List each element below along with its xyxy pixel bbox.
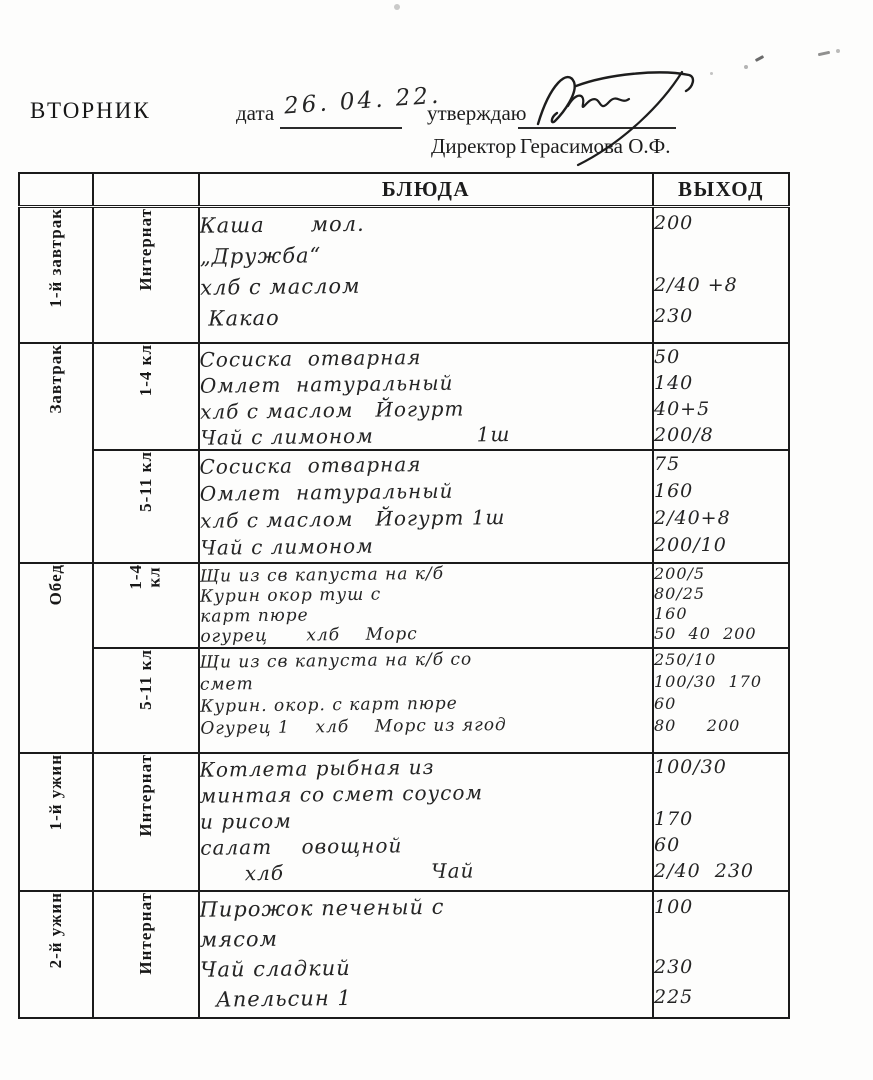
dishes-cell: Сосиска отварная Омлет натуральный хлб с… (199, 450, 653, 563)
dishes-cell: Пирожок печеный с мясом Чай сладкий Апел… (199, 891, 653, 1018)
meal-cell-first-breakfast: 1-й завтрак (19, 206, 93, 343)
dish-line: хлб Чай (200, 855, 652, 887)
output-cell: 75 160 2/40+8 200/10 (653, 450, 789, 563)
menu-table: БЛЮДА ВЫХОД 1-й завтрак Интернат Каша мо… (18, 172, 790, 1019)
group-cell: 1-4 кл (93, 563, 199, 648)
group-label: Интернат (137, 892, 156, 975)
output-cell: 50 140 40+5 200/8 (653, 343, 789, 450)
weekday-title: ВТОРНИК (30, 98, 151, 124)
output-value: 2/40 230 (654, 858, 788, 884)
meal-cell-breakfast: Завтрак (19, 343, 93, 563)
output-value: 100/30 (654, 754, 788, 780)
group-cell: 5-11 кл (93, 450, 199, 563)
output-value: 100 (654, 892, 788, 922)
output-value: 140 (654, 370, 788, 396)
date-label: дата (236, 101, 274, 126)
dishes-cell: Каша мол. „Дружба“ хлб с маслом Какао (199, 206, 653, 343)
meal-cell-lunch: Обед (19, 563, 93, 753)
output-value: 100/30 170 (654, 671, 788, 693)
output-cell: 100 230 225 (653, 891, 789, 1018)
group-cell: Интернат (93, 891, 199, 1018)
output-value: 170 (654, 806, 788, 832)
output-value: 2/40 +8 (654, 270, 788, 301)
corner-cell-group (93, 173, 199, 206)
group-cell: 1-4 кл (93, 343, 199, 450)
group-label: 5-11 кл (137, 451, 156, 512)
output-value: 230 (654, 952, 788, 982)
output-value: 40+5 (654, 396, 788, 422)
output-cell: 200/5 80/25 160 50 40 200 (653, 563, 789, 648)
dish-line: Каша мол. (199, 206, 651, 241)
output-value: 75 (654, 451, 788, 478)
group-cell: Интернат (93, 753, 199, 891)
output-value: 200/5 (654, 564, 788, 584)
meal-label: Завтрак (47, 344, 66, 414)
dish-line: Огурец 1 хлб Морс из ягод (200, 712, 652, 740)
dishes-cell: Сосиска отварная Омлет натуральный хлб с… (199, 343, 653, 450)
output-value: 225 (654, 982, 788, 1012)
dish-line: Чай с лимоном (200, 529, 652, 562)
meal-label: 2-й ужин (47, 892, 66, 968)
output-value: 60 (654, 693, 788, 715)
dish-line: „Дружба“ (200, 236, 652, 273)
output-cell: 250/10 100/30 170 60 80 200 (653, 648, 789, 753)
scan-speck (744, 65, 748, 69)
scan-speck (755, 55, 764, 62)
dishes-cell: Котлета рыбная из минтая со смет соусом … (199, 753, 653, 891)
output-value: 230 (654, 301, 788, 332)
director-label: Директор (431, 134, 516, 159)
group-cell: 5-11 кл (93, 648, 199, 753)
meal-label: 1-й завтрак (47, 208, 66, 308)
output-value: 80/25 (654, 584, 788, 604)
scanned-menu-sheet: ВТОРНИК дата 26. 04. 22. утверждаю Дирек… (0, 0, 873, 1080)
output-value: 2/40+8 (654, 505, 788, 532)
date-handwritten-value: 26. 04. 22. (283, 83, 442, 120)
column-header-output: ВЫХОД (653, 173, 789, 206)
dishes-cell: Щи из св капуста на к/б Курин окор туш с… (199, 563, 653, 648)
scan-speck (818, 51, 830, 56)
output-value (654, 239, 788, 270)
meal-label: Обед (47, 564, 66, 605)
meal-cell-first-dinner: 1-й ужин (19, 753, 93, 891)
column-header-dishes: БЛЮДА (199, 173, 653, 206)
dish-line: Какао (200, 298, 652, 335)
scan-speck (394, 4, 400, 10)
output-value (654, 780, 788, 806)
group-label: 5-11 кл (137, 649, 156, 710)
dish-line: огурец хлб Морс (200, 621, 652, 647)
meal-cell-second-dinner: 2-й ужин (19, 891, 93, 1018)
output-value: 50 40 200 (654, 624, 788, 644)
date-underline (280, 127, 402, 129)
dish-line: Чай с лимоном 1ш (200, 419, 652, 450)
output-value: 50 (654, 344, 788, 370)
output-value: 200 (654, 208, 788, 239)
output-value: 160 (654, 478, 788, 505)
group-label: Интернат (137, 754, 156, 837)
output-value: 160 (654, 604, 788, 624)
meal-label: 1-й ужин (47, 754, 66, 830)
output-value: 250/10 (654, 649, 788, 671)
dish-line: Апельсин 1 (200, 979, 652, 1015)
dish-line: хлб с маслом (200, 267, 652, 304)
scan-speck (836, 49, 840, 53)
output-value (654, 922, 788, 952)
output-cell: 200 2/40 +8 230 (653, 206, 789, 343)
dishes-cell: Щи из св капуста на к/б со смет Курин. о… (199, 648, 653, 753)
output-cell: 100/30 170 60 2/40 230 (653, 753, 789, 891)
output-value: 200/10 (654, 532, 788, 559)
group-cell: Интернат (93, 206, 199, 343)
output-value: 60 (654, 832, 788, 858)
group-label: Интернат (137, 208, 156, 291)
group-label: 1-4 кл (127, 564, 164, 590)
signature-mark (508, 62, 713, 174)
output-value: 80 200 (654, 715, 788, 737)
group-label: 1-4 кл (137, 344, 156, 396)
corner-cell-meal (19, 173, 93, 206)
output-value: 200/8 (654, 422, 788, 448)
